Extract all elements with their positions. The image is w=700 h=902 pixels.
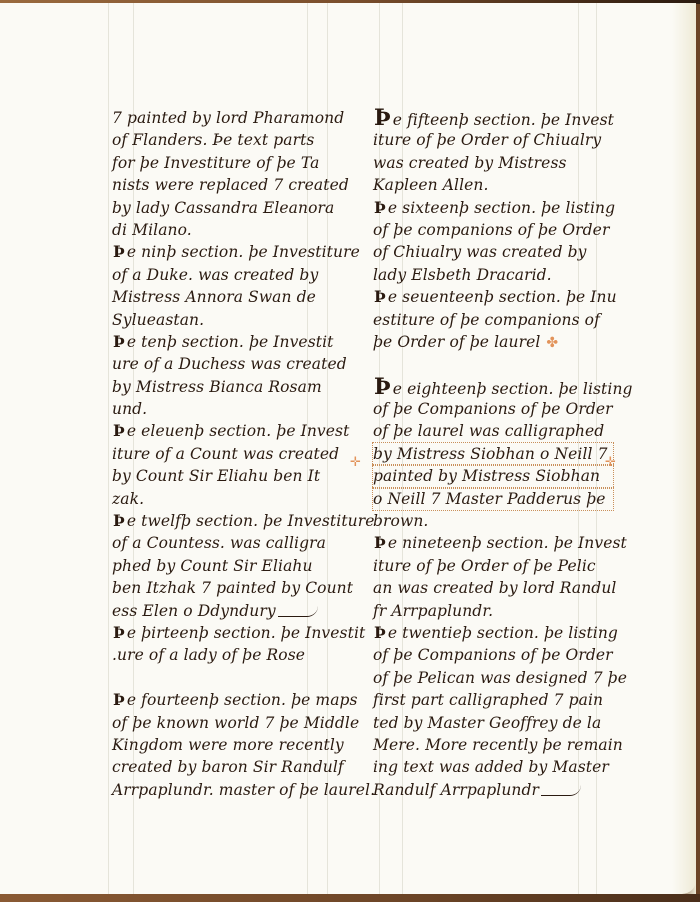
text-line: Mistress Annora Swan de — [112, 286, 342, 308]
ruling-line — [108, 3, 109, 894]
margin-cross-ornament-icon: ✛ — [350, 455, 361, 470]
text-line: of þe Companions of þe Order — [373, 398, 613, 420]
text-line: und. — [112, 398, 342, 420]
text-line: ure of a Duchess was created — [112, 353, 342, 375]
text-line: fr Arrpaplundr. — [373, 600, 613, 622]
text-line: Randulf Arrpaplundr — [373, 781, 539, 799]
line-end-flourish — [541, 785, 581, 796]
text-line: of þe companions of þe Order — [373, 219, 613, 241]
decorated-initial-yellow: Þ — [112, 420, 126, 442]
section-sixteenth: Þe sixteenþ section. þe listing of þe co… — [373, 197, 613, 287]
decorated-initial-yellow: Þ — [373, 532, 387, 554]
text-line: of þe Companions of þe Order — [373, 644, 613, 666]
decorated-initial-teal: Þ — [373, 286, 387, 308]
section-fourteenth: Þe fourteenþ section. þe maps of þe know… — [112, 689, 342, 801]
margin-cross-ornament-icon: ✛ — [605, 455, 616, 470]
text-line: lady Elsbeth Dracarid. — [373, 264, 613, 286]
text-line: by lady Cassandra Eleanora — [112, 197, 342, 219]
line-end-flourish — [278, 606, 318, 617]
text-line: e twelfþ section. þe Investiture — [127, 512, 375, 530]
left-text-column: 7 painted by lord Pharamond of Flanders.… — [112, 107, 342, 801]
decorated-initial-teal: Þ — [112, 241, 126, 263]
text-line: ted by Master Geoffrey de la — [373, 712, 613, 734]
decorated-initial-blue: Þ — [373, 622, 387, 644]
text-line: e ninþ section. þe Investiture — [127, 243, 360, 261]
text-line: an was created by lord Randul — [373, 577, 613, 599]
text-line: e þirteenþ section. þe Investit — [127, 624, 365, 642]
text-line-boxed: by Mistress Siobhan o Neill 7 — [373, 443, 613, 465]
text-line: of Chiualry was created by — [373, 241, 613, 263]
text-line: e twentieþ section. þe listing — [388, 624, 618, 642]
text-line: ing text was added by Master — [373, 756, 613, 778]
text-line: e tenþ section. þe Investit — [127, 333, 334, 351]
wood-background-bottom — [0, 894, 700, 902]
page-edge-shadow — [672, 3, 696, 894]
section-seventeenth: Þe seuenteenþ section. þe Inu estiture o… — [373, 286, 613, 353]
text-line: 7 painted by lord Pharamond — [112, 107, 342, 129]
section-tenth: Þe tenþ section. þe Investit ure of a Du… — [112, 331, 342, 421]
text-line: of þe laurel was calligraphed — [373, 420, 613, 442]
text-line: Arrpaplundr. master of þe laurel. — [112, 779, 342, 801]
decorated-initial-red: Þ — [112, 689, 126, 711]
section-thirteenth: Þe þirteenþ section. þe Investit .ure of… — [112, 622, 342, 667]
decorated-initial-red: Þ — [112, 331, 126, 353]
text-line: e sixteenþ section. þe listing — [388, 199, 615, 217]
section-nineteenth: Þe nineteenþ section. þe Invest iture of… — [373, 532, 613, 622]
text-line: first part calligraphed 7 pain — [373, 689, 613, 711]
text-line: of a Duke. was created by — [112, 264, 342, 286]
section-eleventh: Þe eleuenþ section. þe Invest iture of a… — [112, 420, 342, 510]
text-line: Kingdom were more recently — [112, 734, 342, 756]
text-line: e eighteenþ section. þe listing — [393, 380, 633, 398]
text-line: Sylueastan. — [112, 309, 342, 331]
text-line: e eleuenþ section. þe Invest — [127, 422, 350, 440]
text-line-boxed: o Neill 7 Master Padderus þe — [373, 488, 613, 510]
text-line: by Mistress Bianca Rosam — [112, 376, 342, 398]
text-line: e fifteenþ section. þe Invest — [393, 111, 614, 129]
text-line: iture of þe Order of þe Pelic — [373, 555, 613, 577]
text-line: brown. — [373, 510, 613, 532]
paragraph-continuation: 7 painted by lord Pharamond of Flanders.… — [112, 107, 342, 241]
text-line: was created by Mistress — [373, 152, 613, 174]
text-line: Kapleen Allen. — [373, 174, 613, 196]
text-line: e fourteenþ section. þe maps — [127, 691, 358, 709]
text-line: for þe Investiture of þe Ta — [112, 152, 342, 174]
section-twelfth: Þe twelfþ section. þe Investiture of a C… — [112, 510, 342, 622]
text-line: e nineteenþ section. þe Invest — [388, 534, 627, 552]
manuscript-page: 7 painted by lord Pharamond of Flanders.… — [0, 3, 696, 894]
text-line: phed by Count Sir Eliahu — [112, 555, 342, 577]
text-line: di Milano. — [112, 219, 342, 241]
text-line: of þe Pelican was designed 7 þe — [373, 667, 613, 689]
text-line: ess Elen o Ddyndury — [112, 602, 276, 620]
decorated-initial-teal: Þ — [112, 622, 126, 644]
text-line: iture of þe Order of Chiualry — [373, 129, 613, 151]
text-line: estiture of þe companions of — [373, 309, 613, 331]
text-line: zak. — [112, 488, 342, 510]
text-line: Mere. More recently þe remain — [373, 734, 613, 756]
text-line: by Count Sir Eliahu ben It — [112, 465, 342, 487]
text-line: e seuenteenþ section. þe Inu — [388, 288, 617, 306]
section-eighteenth: Þe eighteenþ section. þe listing of þe C… — [373, 376, 613, 533]
decorated-initial-yellow: Þ — [373, 107, 392, 129]
section-fifteenth: Þe fifteenþ section. þe Invest iture of … — [373, 107, 613, 197]
text-line: ben Itzhak 7 painted by Count — [112, 577, 342, 599]
text-line: .ure of a lady of þe Rose — [112, 644, 342, 666]
section-twentieth: Þe twentieþ section. þe listing of þe Co… — [373, 622, 613, 801]
paragraph-gap — [112, 667, 342, 689]
decorated-initial-blue: Þ — [373, 197, 387, 219]
section-ninth: Þe ninþ section. þe Investiture of a Duk… — [112, 241, 342, 331]
text-line: of þe known world 7 þe Middle — [112, 712, 342, 734]
decorated-initial-red: Þ — [373, 376, 392, 398]
quatrefoil-ornament-icon: ✤ — [546, 332, 558, 354]
text-line: of a Countess. was calligra — [112, 532, 342, 554]
text-line: nists were replaced 7 created — [112, 174, 342, 196]
paragraph-gap — [373, 353, 613, 375]
text-line: þe Order of þe laurel — [373, 333, 540, 351]
decorated-initial-blue: Þ — [112, 510, 126, 532]
text-line: of Flanders. Þe text parts — [112, 129, 342, 151]
right-text-column: Þe fifteenþ section. þe Invest iture of … — [373, 107, 613, 801]
text-line: created by baron Sir Randulf — [112, 756, 342, 778]
text-line: iture of a Count was created — [112, 443, 342, 465]
text-line-boxed: painted by Mistress Siobhan — [373, 465, 613, 487]
